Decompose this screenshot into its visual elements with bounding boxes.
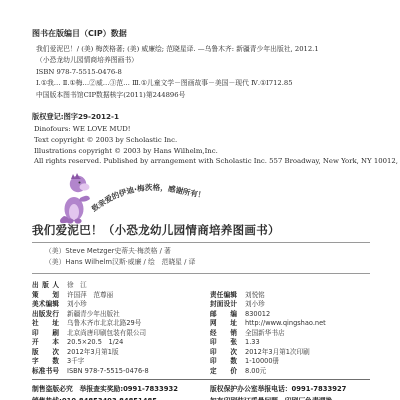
colophon-row: 社址乌鲁木齐市北京北路29号 网址http://www.qingshao.net: [32, 319, 370, 329]
field-label: 印次: [210, 348, 237, 358]
divider-line: [32, 379, 370, 380]
field-value: ISBN 978-7-5515-0476-8: [67, 367, 149, 377]
dedication-zone: 致亲爱的伊迪·梅茨格，感谢所有！: [58, 172, 370, 222]
field-label: 出版人: [32, 281, 59, 291]
field-label: 策划: [32, 291, 59, 301]
field-value: 全国新华书店: [245, 329, 285, 339]
field-value: 刘小珍: [245, 300, 265, 310]
field-label: 出版发行: [32, 310, 59, 320]
field-value: 乌鲁木齐市北京北路29号: [67, 319, 141, 329]
field-value: 2012年3月第1版: [67, 348, 119, 358]
footer-row: 销售热线:010-84853493 84851485 如有印刷装订质量问题 印刷…: [32, 396, 370, 400]
field-label: [210, 281, 237, 291]
field-value: 刘小珍: [67, 300, 87, 310]
title-block: 我们爱泥巴！（小恐龙幼儿园情商培养图画书） （美）Steve Metzger史蒂…: [32, 222, 370, 274]
field-label: 标准书号: [32, 367, 59, 377]
copyright-lines: Dinofours: WE LOVE MUD! Text copyright ©…: [32, 124, 370, 167]
colophon-row: 版次2012年3月第1版 印次2012年3月第1次印刷: [32, 348, 370, 358]
colophon-row: 标准书号ISBN 978-7-5515-0476-8 定价8.00元: [32, 367, 370, 377]
illustrations-copyright-line: Illustrations copyright © 2003 by Hans W…: [34, 146, 370, 157]
print-quality-notice: 如有印刷装订质量问题 印刷厂负责调换: [210, 396, 370, 400]
field-label: 邮编: [210, 310, 237, 320]
copyright-registration: 版权登记:图字29-2012-1: [32, 112, 370, 122]
copyright-office-phone: 版权保护办公室举报电话：0991-7833927: [210, 384, 370, 396]
field-value: 830012: [245, 310, 270, 320]
field-value: 8.00元: [245, 367, 266, 377]
field-label: 封面设计: [210, 300, 237, 310]
colophon-row: 出版发行新疆青少年出版社 邮编830012: [32, 310, 370, 320]
cip-record-number-line: 中国版本图书馆CIP数据核字(2011)第244896号: [36, 90, 370, 101]
field-value: 北京尚唐印刷包装有限公司: [67, 329, 146, 339]
field-value: 徐 江: [67, 281, 87, 291]
field-label: 印数: [210, 357, 237, 367]
field-value: 3千字: [67, 357, 84, 367]
svg-text:致亲爱的伊迪·梅茨格，感谢所有！: 致亲爱的伊迪·梅茨格，感谢所有！: [89, 182, 206, 214]
field-value: 20.5×20.5 1/24: [67, 338, 123, 348]
field-label: 定价: [210, 367, 237, 377]
field-value: http://www.qingshao.net: [245, 319, 326, 329]
dedication-text: 致亲爱的伊迪·梅茨格，感谢所有！: [89, 182, 206, 214]
purple-dinosaur-icon: [60, 173, 90, 224]
field-label: 印张: [210, 338, 237, 348]
dedication-graphic: 致亲爱的伊迪·梅茨格，感谢所有！: [58, 172, 298, 224]
cip-isbn-line: ISBN 978-7-5515-0476-8: [36, 67, 370, 78]
cip-lines: 我们爱泥巴！/ (美) 梅茨格著; (美) 威廉绘; 范晓星译. —乌鲁木齐: …: [32, 44, 370, 101]
field-label: 网址: [210, 319, 237, 329]
authors-block: （美）Steve Metzger史蒂夫·梅茨格 / 著 （美）Hans Wilh…: [32, 243, 370, 274]
text-copyright-line: Text copyright © 2003 by Scholastic Inc.: [34, 135, 370, 146]
cip-series-line: （小恐龙幼儿园情商培养图画书）: [36, 55, 370, 66]
field-value: 新疆青少年出版社: [67, 310, 120, 320]
copyright-page: 图书在版编目（CIP）数据 我们爱泥巴！/ (美) 梅茨格著; (美) 威廉绘;…: [0, 0, 400, 400]
cip-classification-line: Ⅰ.①我… Ⅱ.①梅…②威…③范… Ⅲ.①儿童文学－图画故事－美国－现代 Ⅳ.①…: [36, 78, 370, 89]
field-label: 责任编辑: [210, 291, 237, 301]
anti-piracy-notice: 制售盗版必究 举报查实奖励:0991-7833932: [32, 384, 210, 396]
author-line: （美）Steve Metzger史蒂夫·梅茨格 / 著: [45, 246, 370, 257]
colophon-row: 印刷北京尚唐印刷包装有限公司 经销全国新华书店: [32, 329, 370, 339]
field-label: 字数: [32, 357, 59, 367]
field-label: 经销: [210, 329, 237, 339]
colophon-row: 美术编辑刘小珍 封面设计刘小珍: [32, 300, 370, 310]
field-label: 社址: [32, 319, 59, 329]
field-value: 许国萍 范尊丽: [67, 291, 113, 301]
field-label: 印刷: [32, 329, 59, 339]
original-title: Dinofours: WE LOVE MUD!: [34, 124, 370, 135]
illustrator-translator-line: （美）Hans Wilhelm汉斯·威廉 / 绘 范晓星 / 译: [45, 257, 370, 268]
field-value: 2012年3月第1次印刷: [245, 348, 310, 358]
copyright-block: 版权登记:图字29-2012-1 Dinofours: WE LOVE MUD!…: [32, 112, 370, 167]
field-label: 版次: [32, 348, 59, 358]
field-value: 1.33: [245, 338, 260, 348]
cip-block: 图书在版编目（CIP）数据 我们爱泥巴！/ (美) 梅茨格著; (美) 威廉绘;…: [32, 28, 370, 101]
colophon-row: 字数3千字 印数1-10000册: [32, 357, 370, 367]
field-label: 开本: [32, 338, 59, 348]
field-label: 美术编辑: [32, 300, 59, 310]
field-value: 1-10000册: [245, 357, 279, 367]
field-value: 刘悦铭: [245, 291, 265, 301]
cip-description-line: 我们爱泥巴！/ (美) 梅茨格著; (美) 威廉绘; 范晓星译. —乌鲁木齐: …: [36, 44, 370, 55]
colophon-table: 出版人徐 江 策划许国萍 范尊丽 责任编辑刘悦铭 美术编辑刘小珍 封面设计刘小珍…: [32, 281, 370, 400]
colophon-row: 出版人徐 江: [32, 281, 370, 291]
rights-line: All rights reserved. Published by arrang…: [34, 156, 370, 167]
colophon-row: 开本20.5×20.5 1/24 印张1.33: [32, 338, 370, 348]
anti-piracy-block: 制售盗版必究 举报查实奖励:0991-7833932 版权保护办公室举报电话：0…: [32, 384, 370, 400]
footer-row: 制售盗版必究 举报查实奖励:0991-7833932 版权保护办公室举报电话：0…: [32, 384, 370, 396]
book-title: 我们爱泥巴！（小恐龙幼儿园情商培养图画书）: [32, 222, 370, 243]
sales-hotline: 销售热线:010-84853493 84851485: [32, 396, 210, 400]
cip-heading: 图书在版编目（CIP）数据: [32, 28, 370, 39]
colophon-row: 策划许国萍 范尊丽 责任编辑刘悦铭: [32, 291, 370, 301]
